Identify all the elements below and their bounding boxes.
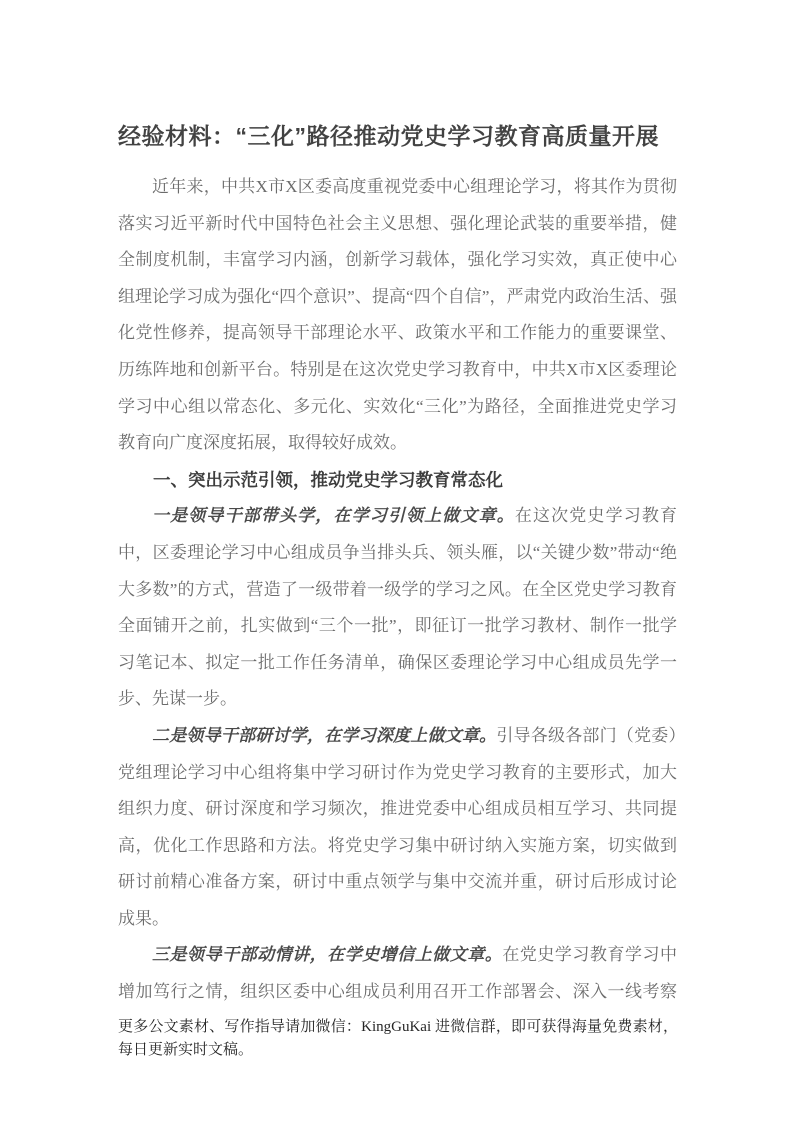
item-1-body: 在这次党史学习教育中，区委理论学习中心组成员争当排头兵、领头雁，以“关键少数”带… bbox=[118, 506, 677, 708]
section-1-item-3: 三是领导干部动情讲，在学史增信上做文章。在党史学习教育学习中增加笃行之情，组织区… bbox=[118, 937, 677, 1004]
intro-paragraph: 近年来，中共X市X区委高度重视党委中心组理论学习，将其作为贯彻落实习近平新时代中… bbox=[118, 169, 677, 462]
item-2-body: 引导各级各部门（党委）党组理论学习中心组将集中学习研讨作为党史学习教育的主要形式… bbox=[118, 726, 677, 928]
document-page: 经验材料：“三化”路径推动党史学习教育高质量开展 近年来，中共X市X区委高度重视… bbox=[0, 0, 793, 1122]
document-content: 经验材料：“三化”路径推动党史学习教育高质量开展 近年来，中共X市X区委高度重视… bbox=[118, 0, 677, 1004]
item-1-lead: 一是领导干部带头学，在学习引领上做文章。 bbox=[152, 506, 515, 525]
section-1-heading: 一、突出示范引领，推动党史学习教育常态化 bbox=[118, 462, 677, 499]
footer-note: 更多公文素材、写作指导请加微信：KingGuKai 进微信群，即可获得海量免费素… bbox=[118, 1016, 678, 1062]
document-title: 经验材料：“三化”路径推动党史学习教育高质量开展 bbox=[118, 112, 677, 161]
section-1-item-1: 一是领导干部带头学，在学习引领上做文章。在这次党史学习教育中，区委理论学习中心组… bbox=[118, 498, 677, 718]
item-2-lead: 二是领导干部研讨学，在学习深度上做文章。 bbox=[152, 726, 496, 745]
item-3-lead: 三是领导干部动情讲，在学史增信上做文章。 bbox=[152, 945, 502, 964]
section-1-item-2: 二是领导干部研讨学，在学习深度上做文章。引导各级各部门（党委）党组理论学习中心组… bbox=[118, 718, 677, 938]
